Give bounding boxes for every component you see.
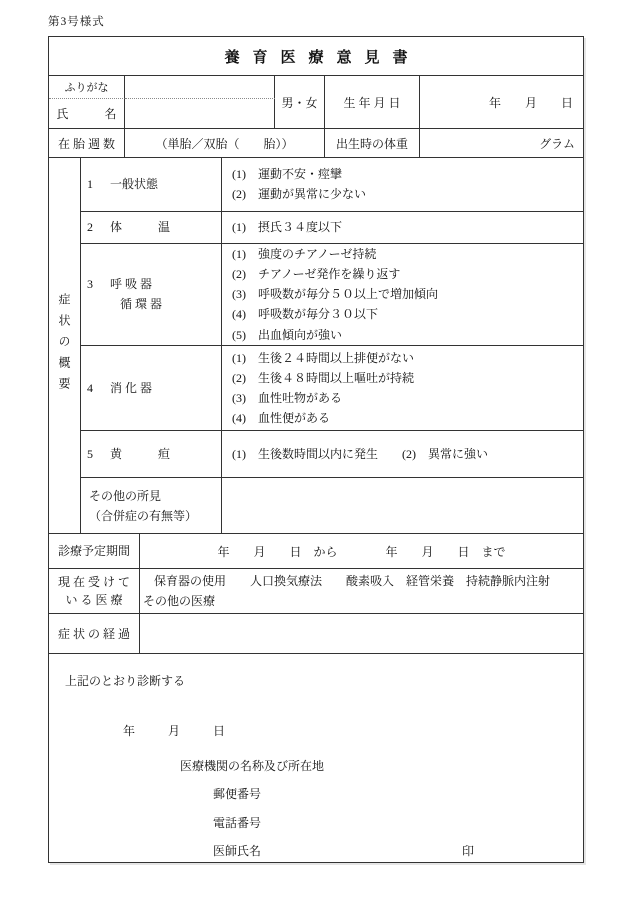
category-number: 5 [87, 444, 110, 464]
symptom-option[interactable]: (1) 強度のチアノーゼ持続 [232, 244, 583, 264]
form-title: 養育医療意見書 [49, 37, 583, 76]
diagnosis-date-field[interactable]: 年 月 日 [123, 723, 228, 739]
treatment-period-row: 診療予定期間 年 月 日 から 年 月 日 まで [49, 534, 583, 569]
gestation-row: 在 胎 週 数 （単胎／双胎（ 胎）） 出生時の体重 グラム [49, 129, 583, 158]
symptom-row-jaundice: 5黄 疸 (1) 生後数時間以内に発生 (2) 異常に強い [81, 431, 583, 478]
seal-mark: 印 [462, 843, 474, 859]
symptom-option[interactable]: (2) 生後４８時間以上嘔吐が持続 [232, 368, 583, 388]
symptom-row-digestive: 4消 化 器 (1) 生後２４時間以上排便がない (2) 生後４８時間以上嘔吐が… [81, 346, 583, 432]
symptom-option[interactable]: (5) 出血傾向が強い [232, 325, 583, 345]
doctor-name-label: 医師氏名 [213, 843, 261, 859]
symptom-option[interactable]: (1) 摂氏３４度以下 [232, 217, 583, 237]
symptom-option[interactable]: (2) チアノーゼ発作を繰り返す [232, 264, 583, 284]
symptom-course-row: 症 状 の 経 過 [49, 614, 583, 654]
other-findings-label-line2: （合併症の有無等） [87, 506, 221, 526]
symptom-option[interactable]: (4) 呼吸数が毎分３０以下 [232, 304, 583, 324]
treatment-period-label: 診療予定期間 [49, 534, 140, 568]
category-name: 体 温 [110, 217, 170, 237]
name-field[interactable] [125, 99, 275, 128]
care-other-line[interactable]: その他の医療 [140, 591, 583, 611]
category-name: 黄 疸 [110, 444, 170, 464]
symptom-course-label: 症 状 の 経 過 [49, 614, 140, 653]
document-page: 第3号様式 養育医療意見書 ふりがな 氏 名 男・女 生 年 月 日 年 月 日… [0, 0, 630, 903]
gestation-label: 在 胎 週 数 [49, 129, 125, 157]
postal-code-label: 郵便番号 [213, 786, 261, 802]
category-name-line2: 循 環 器 [87, 294, 221, 314]
treatment-period-field[interactable]: 年 月 日 から 年 月 日 まで [140, 534, 583, 568]
symptom-option[interactable]: (1) 生後２４時間以上排便がない [232, 348, 583, 368]
furigana-label: ふりがな [49, 76, 125, 99]
symptom-row-other-findings: その他の所見 （合併症の有無等） [81, 478, 583, 533]
symptom-option[interactable]: (3) 血性吐物がある [232, 388, 583, 408]
category-name: 消 化 器 [110, 378, 152, 398]
symptom-option[interactable]: (3) 呼吸数が毎分５０以上で増加傾向 [232, 284, 583, 304]
other-findings-field[interactable] [222, 478, 583, 533]
medical-opinion-form: 養育医療意見書 ふりがな 氏 名 男・女 生 年 月 日 年 月 日 在 胎 週… [48, 36, 584, 863]
category-number: 3 [87, 274, 110, 294]
current-care-label: 現在受けて [55, 573, 133, 591]
symptom-row-general: 1一般状態 (1) 運動不安・痙攣 (2) 運動が異常に少ない [81, 158, 583, 212]
phone-number-label: 電話番号 [213, 815, 261, 831]
dob-label: 生 年 月 日 [325, 76, 420, 128]
name-row: ふりがな 氏 名 男・女 生 年 月 日 年 月 日 [49, 76, 583, 129]
name-block: ふりがな 氏 名 [49, 76, 275, 128]
care-options-line[interactable]: 保育器の使用 人口換気療法 酸素吸入 経管栄養 持続静脈内注射 [140, 571, 583, 591]
symptom-option[interactable]: (2) 運動が異常に少ない [232, 184, 583, 204]
diagnosis-statement: 上記のとおり診断する [65, 673, 185, 689]
gestation-field[interactable]: （単胎／双胎（ 胎）） [125, 129, 325, 157]
birth-weight-field[interactable]: グラム [420, 129, 583, 157]
form-number: 第3号様式 [48, 13, 105, 29]
current-care-label-line2: い る 医 療 [65, 591, 122, 609]
category-number: 2 [87, 217, 110, 237]
symptom-row-respiratory: 3呼 吸 器 循 環 器 (1) 強度のチアノーゼ持続 (2) チアノーゼ発作を… [81, 244, 583, 346]
furigana-field[interactable] [125, 76, 275, 99]
symptoms-section: 症状の概要 1一般状態 (1) 運動不安・痙攣 (2) 運動が異常に少ない 2体… [49, 158, 583, 534]
institution-label: 医療機関の名称及び所在地 [180, 758, 324, 774]
symptom-row-temperature: 2体 温 (1) 摂氏３４度以下 [81, 212, 583, 244]
symptom-option[interactable]: (1) 運動不安・痙攣 [232, 164, 583, 184]
symptoms-side-label: 症状の概要 [49, 158, 81, 533]
category-number: 4 [87, 378, 110, 398]
current-care-row: 現在受けて い る 医 療 保育器の使用 人口換気療法 酸素吸入 経管栄養 持続… [49, 569, 583, 614]
category-number: 1 [87, 174, 110, 194]
other-findings-label: その他の所見 [87, 486, 221, 506]
symptom-option[interactable]: (4) 血性便がある [232, 408, 583, 428]
name-label: 氏 名 [49, 99, 125, 128]
symptom-option[interactable]: (1) 生後数時間以内に発生 (2) 異常に強い [232, 444, 583, 464]
category-name: 一般状態 [110, 174, 158, 194]
symptoms-table: 1一般状態 (1) 運動不安・痙攣 (2) 運動が異常に少ない 2体 温 (1)… [81, 158, 583, 533]
birth-weight-label: 出生時の体重 [325, 129, 420, 157]
category-name: 呼 吸 器 [110, 274, 152, 294]
signature-section: 上記のとおり診断する 年 月 日 医療機関の名称及び所在地 郵便番号 電話番号 … [49, 654, 583, 861]
symptom-course-field[interactable] [140, 614, 583, 653]
sex-options[interactable]: 男・女 [275, 76, 325, 128]
dob-field[interactable]: 年 月 日 [420, 76, 583, 128]
